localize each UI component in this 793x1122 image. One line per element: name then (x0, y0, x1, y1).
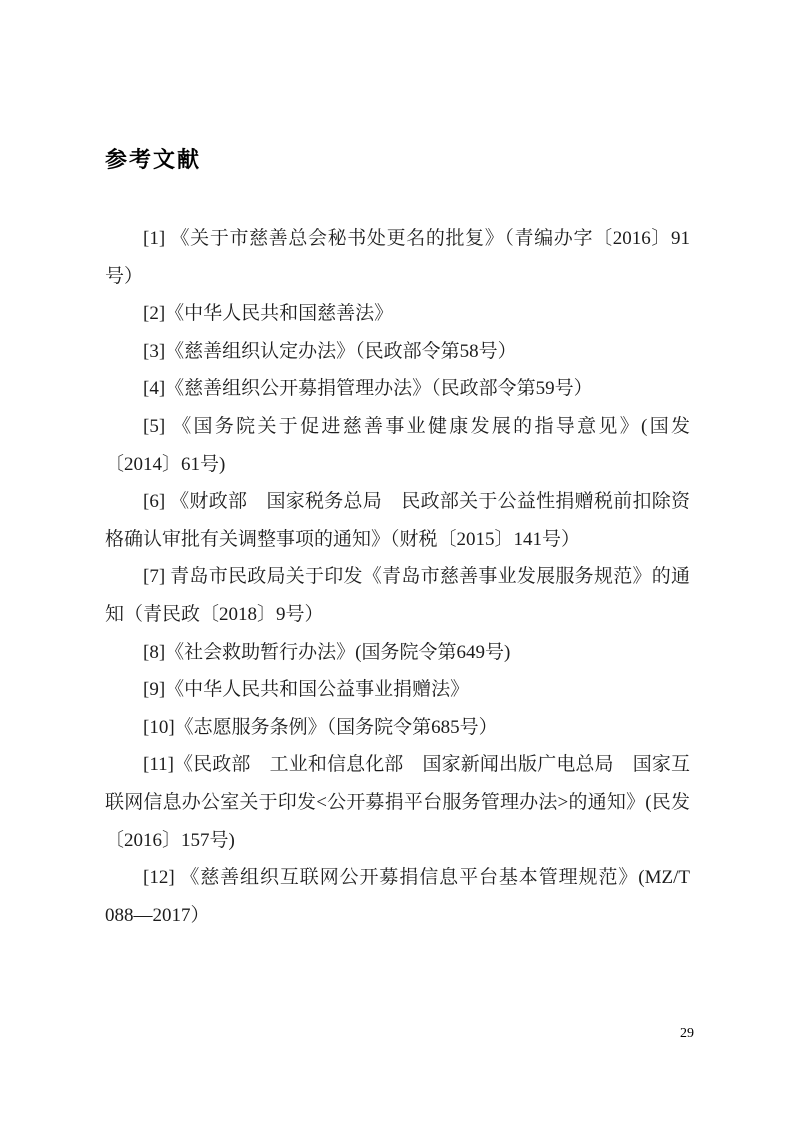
page-number: 29 (680, 1024, 694, 1044)
reference-item-10: [10]《志愿服务条例》（国务院令第685号） (105, 709, 690, 747)
page-title: 参考文献 (105, 144, 690, 176)
reference-item-2: [2]《中华人民共和国慈善法》 (105, 295, 690, 333)
reference-item-7: [7] 青岛市民政局关于印发《青岛市慈善事业发展服务规范》的通知（青民政〔201… (105, 558, 690, 633)
reference-item-1: [1] 《关于市慈善总会秘书处更名的批复》（青编办字〔2016〕91号） (105, 220, 690, 295)
reference-item-6: [6] 《财政部 国家税务总局 民政部关于公益性捐赠税前扣除资格确认审批有关调整… (105, 483, 690, 558)
reference-item-11: [11]《民政部 工业和信息化部 国家新闻出版广电总局 国家互联网信息办公室关于… (105, 746, 690, 859)
reference-item-3: [3]《慈善组织认定办法》（民政部令第58号） (105, 333, 690, 371)
document-page: 参考文献 [1] 《关于市慈善总会秘书处更名的批复》（青编办字〔2016〕91号… (0, 0, 793, 1122)
reference-item-12: [12] 《慈善组织互联网公开募捐信息平台基本管理规范》(MZ/T 088—20… (105, 859, 690, 934)
reference-item-8: [8]《社会救助暂行办法》(国务院令第649号) (105, 634, 690, 672)
reference-item-5: [5] 《国务院关于促进慈善事业健康发展的指导意见》(国发〔2014〕61号) (105, 408, 690, 483)
reference-list: [1] 《关于市慈善总会秘书处更名的批复》（青编办字〔2016〕91号） [2]… (105, 220, 690, 934)
document-content: 参考文献 [1] 《关于市慈善总会秘书处更名的批复》（青编办字〔2016〕91号… (105, 144, 690, 934)
reference-item-4: [4]《慈善组织公开募捐管理办法》（民政部令第59号） (105, 370, 690, 408)
reference-item-9: [9]《中华人民共和国公益事业捐赠法》 (105, 671, 690, 709)
